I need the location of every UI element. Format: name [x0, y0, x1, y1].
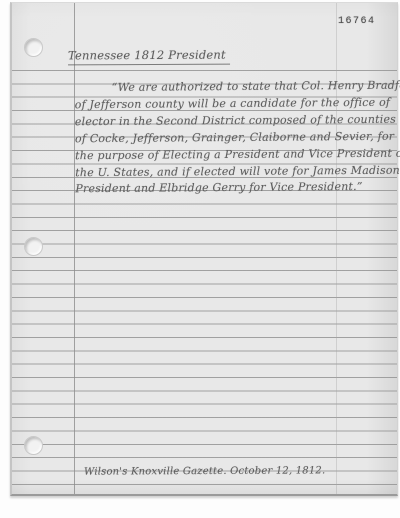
paragraph-line: elector in the Second District composed … [75, 112, 383, 131]
page-title: Tennessee 1812 President [68, 48, 230, 66]
hole-punch-top [24, 38, 43, 57]
paragraph-line: President and Elbridge Gerry for Vice Pr… [75, 179, 383, 198]
scanned-document: 16764 Tennessee 1812 President “We are a… [0, 0, 400, 518]
ghost-margin-line [336, 3, 337, 494]
citation-line: Wilson's Knoxville Gazette. October 12, … [84, 465, 325, 477]
paragraph-line: of Jefferson county will be a candidate … [75, 95, 383, 114]
margin-line [74, 3, 75, 494]
hole-punch-bottom [24, 436, 43, 455]
paragraph-line: the purpose of Electing a President and … [75, 145, 383, 164]
paragraph-line: of Cocke, Jefferson, Grainger, Claiborne… [75, 129, 383, 148]
handwritten-paragraph: “We are authorized to state that Col. He… [75, 78, 384, 199]
notebook-page: 16764 Tennessee 1812 President “We are a… [10, 2, 398, 496]
stamp-number: 16764 [338, 16, 376, 27]
hole-punch-middle [24, 237, 43, 256]
